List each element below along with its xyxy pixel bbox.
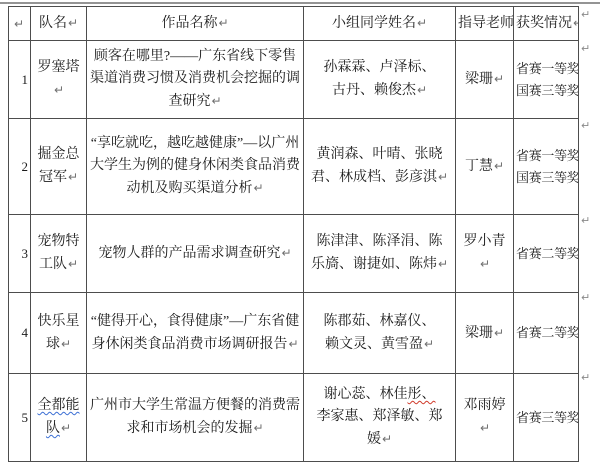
row-number: 2 — [9, 119, 31, 215]
team-name-cell: 快乐星球↵ — [31, 293, 87, 374]
members-spellcheck: 彤、 — [408, 387, 436, 402]
table-row: 2 掘金总冠军↵ “享吃就吃，越吃越健康”—以广州大学生为例的健身休闲类食品消费… — [9, 119, 579, 215]
members-cell: 陈郡茹、林嘉仪、 赖文灵、黄雪盈↵ — [304, 293, 456, 374]
table-row: 4 快乐星球↵ “健得开心，食得健康”—广东省健身休闲类食品消费市场调研报告↵ … — [9, 293, 579, 374]
header-teacher: 指导老师↵ — [456, 7, 514, 41]
table-row: 5 全都能队↵ 广州市大学生常温方便餐的消费需求和市场机会的发掘↵ 谢心蕊、林佳… — [9, 374, 579, 462]
table-row: 1 罗塞塔↵ 顾客在哪里?——广东省线下零售渠道消费习惯及消费机会挖掘的调查研究… — [9, 41, 579, 119]
paragraph-mark-icon: ↵ — [494, 159, 504, 173]
paragraph-mark-icon: ↵ — [14, 17, 24, 31]
teacher-cell: 丁慧↵ — [456, 119, 514, 215]
award-line: 省赛一等奖 — [516, 58, 578, 80]
header-members: 小组同学姓名↵ — [304, 7, 456, 41]
work-title-cell: “享吃就吃，越吃越健康”—以广州大学生为例的健身休闲类食品消费动机及购买渠道分析… — [87, 119, 304, 215]
award-cell: 省赛二等奖 — [514, 215, 579, 293]
members-cell: 黄润森、叶晴、张晓 君、林成档、彭彦淇↵ — [304, 119, 456, 215]
paragraph-mark-icon: ↵ — [288, 337, 298, 351]
paragraph-mark-icon: ↵ — [480, 257, 490, 271]
header-index-cell: ↵ — [9, 7, 31, 41]
team-name-cell: 掘金总冠军↵ — [31, 119, 87, 215]
work-title: 顾客在哪里?——广东省线下零售渠道消费习惯及消费机会挖掘的调查研究 — [90, 49, 300, 109]
header-title: 作品名称↵ — [87, 7, 304, 41]
row-end-paragraph-mark-icon: ↵ — [581, 214, 590, 227]
row-end-paragraph-mark-icon: ↵ — [581, 291, 590, 304]
members-line: 黄润森、叶晴、张晓 — [306, 144, 453, 166]
members-line: 陈郡茹、林嘉仪、 — [306, 311, 453, 333]
award-line: 国赛三等奖 — [516, 167, 578, 189]
paragraph-mark-icon: ↵ — [253, 421, 263, 435]
row-end-paragraph-mark-icon: ↵ — [581, 119, 590, 132]
award-line: 省赛二等奖 — [516, 322, 578, 344]
teacher-name: 邓雨婷 — [464, 398, 506, 413]
team-name: 罗塞塔 — [38, 60, 80, 75]
row-end-paragraph-mark-icon: ↵ — [581, 8, 590, 21]
team-name-spellcheck: 全都能队 — [38, 398, 80, 436]
paragraph-mark-icon: ↵ — [218, 16, 228, 30]
paragraph-mark-icon: ↵ — [480, 421, 490, 435]
teacher-name: 梁珊 — [465, 326, 493, 341]
teacher-name: 罗小青 — [464, 234, 506, 249]
paragraph-mark-icon: ↵ — [438, 257, 448, 271]
paragraph-mark-icon: ↵ — [68, 16, 78, 30]
awards-table: ↵ 队名↵ 作品名称↵ 小组同学姓名↵ 指导老师↵ 获奖情况↵ 1 罗塞塔↵ 顾… — [8, 6, 579, 462]
members-line: 君、林成档、彭彦淇↵ — [306, 166, 453, 189]
work-title: “健得开心，食得健康”—广东省健身休闲类食品消费市场调研报告 — [91, 314, 299, 352]
award-line: 省赛一等奖 — [516, 145, 578, 167]
work-title-cell: “健得开心，食得健康”—广东省健身休闲类食品消费市场调研报告↵ — [87, 293, 304, 374]
award-line: 省赛二等奖 — [516, 243, 578, 265]
row-number: 1 — [9, 41, 31, 119]
row-end-paragraph-mark-icon: ↵ — [581, 371, 590, 384]
paragraph-mark-icon: ↵ — [281, 246, 291, 260]
team-name: 快乐星球 — [38, 314, 80, 352]
paragraph-mark-icon: ↵ — [382, 432, 392, 446]
work-title: “享吃就吃，越吃越健康”—以广州大学生为例的健身休闲类食品消费动机及购买渠道分析 — [90, 136, 300, 196]
paragraph-mark-icon: ↵ — [438, 170, 448, 184]
paragraph-mark-icon: ↵ — [494, 326, 504, 340]
paragraph-mark-icon: ↵ — [253, 181, 263, 195]
work-title: 宠物人群的产品需求调查研究 — [98, 246, 280, 261]
paragraph-mark-icon: ↵ — [417, 83, 427, 97]
paragraph-mark-icon: ↵ — [417, 16, 427, 30]
members-line: 媛↵ — [306, 428, 453, 451]
team-name-cell: 宠物特工队↵ — [31, 215, 87, 293]
members-line: 陈津津、陈泽涓、陈 — [306, 231, 453, 253]
page-top-edge — [0, 2, 600, 4]
header-members-label: 小组同学姓名 — [332, 16, 416, 31]
table-row: 3 宠物特工队↵ 宠物人群的产品需求调查研究↵ 陈津津、陈泽涓、陈 乐旖、谢捷如… — [9, 215, 579, 293]
teacher-cell: 梁珊↵ — [456, 293, 514, 374]
work-title-cell: 顾客在哪里?——广东省线下零售渠道消费习惯及消费机会挖掘的调查研究↵ — [87, 41, 304, 119]
row-end-paragraph-mark-icon: ↵ — [581, 42, 590, 55]
members-cell: 陈津津、陈泽涓、陈 乐旖、谢捷如、陈炜↵ — [304, 215, 456, 293]
header-award: 获奖情况↵ — [514, 7, 579, 41]
row-number: 4 — [9, 293, 31, 374]
table-header-row: ↵ 队名↵ 作品名称↵ 小组同学姓名↵ 指导老师↵ 获奖情况↵ — [9, 7, 579, 41]
teacher-cell: 罗小青↵ — [456, 215, 514, 293]
award-line: 省赛三等奖 — [516, 407, 578, 429]
work-title: 广州市大学生常温方便餐的消费需求和市场机会的发掘 — [90, 398, 300, 436]
members-cell: 谢心蕊、林佳彤、 李家惠、郑泽敏、郑 媛↵ — [304, 374, 456, 462]
work-title-cell: 广州市大学生常温方便餐的消费需求和市场机会的发掘↵ — [87, 374, 304, 462]
header-team-label: 队名 — [39, 16, 67, 31]
header-teacher-label: 指导老师 — [458, 16, 514, 31]
award-line: 国赛三等奖 — [516, 80, 578, 102]
award-cell: 省赛二等奖 — [514, 293, 579, 374]
paragraph-mark-icon: ↵ — [424, 337, 434, 351]
paragraph-mark-icon: ↵ — [68, 257, 78, 271]
row-number: 5 — [9, 374, 31, 462]
members-line: 赖文灵、黄雪盈↵ — [306, 333, 453, 356]
members-line: 孙霖霖、卢泽标、 — [306, 57, 453, 79]
award-cell: 省赛一等奖 国赛三等奖 — [514, 41, 579, 119]
team-name-cell: 罗塞塔↵ — [31, 41, 87, 119]
header-team: 队名↵ — [31, 7, 87, 41]
team-name-cell: 全都能队↵ — [31, 374, 87, 462]
paragraph-mark-icon: ↵ — [211, 94, 221, 108]
paragraph-mark-icon: ↵ — [61, 337, 71, 351]
award-cell: 省赛一等奖 国赛三等奖 — [514, 119, 579, 215]
members-line: 乐旖、谢捷如、陈炜↵ — [306, 253, 453, 276]
teacher-cell: 邓雨婷↵ — [456, 374, 514, 462]
teacher-name: 丁慧 — [465, 159, 493, 174]
paragraph-mark-icon: ↵ — [54, 83, 64, 97]
paragraph-mark-icon: ↵ — [573, 16, 579, 30]
paragraph-mark-icon: ↵ — [61, 421, 71, 435]
members-line: 古丹、赖俊杰↵ — [306, 79, 453, 102]
paragraph-mark-icon: ↵ — [68, 170, 78, 184]
paragraph-mark-icon: ↵ — [494, 72, 504, 86]
teacher-name: 梁珊 — [465, 72, 493, 87]
work-title-cell: 宠物人群的产品需求调查研究↵ — [87, 215, 304, 293]
members-line: 李家惠、郑泽敏、郑 — [306, 406, 453, 428]
header-title-label: 作品名称 — [161, 16, 217, 31]
row-number: 3 — [9, 215, 31, 293]
award-cell: 省赛三等奖 — [514, 374, 579, 462]
members-cell: 孙霖霖、卢泽标、 古丹、赖俊杰↵ — [304, 41, 456, 119]
teacher-cell: 梁珊↵ — [456, 41, 514, 119]
header-award-label: 获奖情况 — [516, 16, 572, 31]
members-line: 谢心蕊、林佳彤、 — [306, 384, 453, 406]
